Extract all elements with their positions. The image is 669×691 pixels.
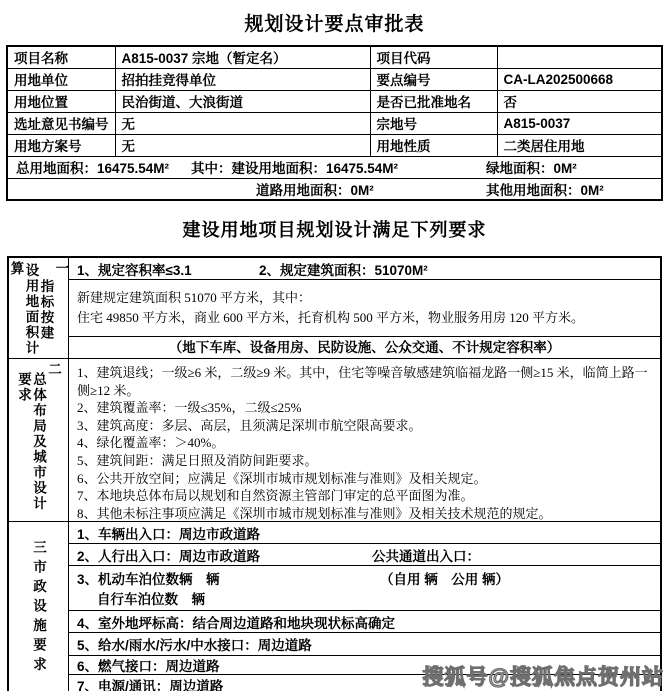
field-value: A815-0037 宗地（暂定名） [115, 46, 370, 68]
row-text: 6、燃气接口：周边道路 [77, 655, 220, 675]
requirement-item: 3、建筑高度：多层、高层，且须满足深圳市航空限高要求。 [77, 417, 654, 435]
field-label: 用地单位 [7, 68, 115, 90]
row-text: 1、车辆出入口：周边市政道路 [77, 523, 260, 543]
motor-parking-line: 3、机动车泊位数辆 辆 （自用 辆 公用 辆） [77, 570, 660, 590]
requirements-table: 一 指标按建 设用地面积计 算 1、规定容积率≤3.1 2、规定建筑面积：510… [7, 256, 662, 691]
row-text: 5、给水/雨水/污水/中水接口：周边道路 [77, 634, 312, 654]
field-label: 用地方案号 [7, 134, 115, 156]
bicycle-parking-line: 自行车泊位数 辆 [77, 590, 660, 610]
ground-elevation-row: 4、室外地坪标高：结合周边道路和地块现状标高确定 [69, 611, 660, 633]
exclusion-note: （地下车库、设备用房、民防设施、公众交通、不计规定容积率） [69, 336, 660, 358]
section1-header: 一 指标按建 设用地面积计 算 [9, 258, 69, 358]
total-land-area: 总用地面积：16475.54M² [16, 157, 169, 177]
field-value: 二类居住用地 [497, 134, 662, 156]
parking-breakdown: （自用 辆 公用 辆） [380, 570, 509, 590]
plot-ratio: 1、规定容积率≤3.1 [69, 259, 259, 279]
row-text: 7、电源/通讯：周边道路 [77, 675, 223, 691]
row-text: 3、机动车泊位数辆 辆 [77, 572, 220, 587]
other-land-area: 其他用地面积：0M² [486, 179, 604, 199]
section2-header: 二 总体布局及城市设计 要求 [9, 359, 69, 522]
public-passage-label: 公共通道出入口： [372, 545, 480, 565]
requirements-title: 建设用地项目规划设计满足下列要求 [0, 216, 669, 242]
field-value: A815-0037 [497, 112, 662, 134]
approval-form-page: 规划设计要点审批表 项目名称 A815-0037 宗地（暂定名） 项目代码 用地… [0, 0, 669, 691]
field-value: 民治街道、大浪街道 [115, 90, 370, 112]
section1-content: 1、规定容积率≤3.1 2、规定建筑面积：51070M² 新建规定建筑面积 51… [69, 258, 660, 358]
section2-header-col: 二 [46, 362, 61, 378]
area-row-1-cell: 总用地面积：16475.54M² 其中：建设用地面积：16475.54M² 绿地… [7, 156, 662, 178]
field-label: 宗地号 [370, 112, 497, 134]
table-row: 用地位置 民治街道、大浪街道 是否已批准地名 否 [7, 90, 662, 112]
field-label: 项目名称 [7, 46, 115, 68]
requirement-item: 8、其他未标注事项应满足《深圳市城市规划标准与准则》及相关技术规范的规定。 [77, 505, 654, 523]
section1-header-col: 算 [9, 261, 24, 277]
plot-ratio-row: 1、规定容积率≤3.1 2、规定建筑面积：51070M² [69, 258, 660, 280]
section1-header-col: 指标按建 [39, 279, 54, 341]
section2-content: 1、建筑退线；一级≥6 米，二级≥9 米。其中，住宅等噪音敏感建筑临福龙路一侧≥… [69, 359, 660, 522]
watermark: 搜狐号@搜狐焦点贺州站 [423, 661, 664, 691]
field-value: 招拍挂竞得单位 [115, 68, 370, 90]
requirement-item: 1、建筑退线；一级≥6 米，二级≥9 米。其中，住宅等噪音敏感建筑临福龙路一侧≥… [77, 364, 654, 399]
row-text: 4、室外地坪标高：结合周边道路和地块现状标高确定 [77, 612, 395, 632]
green-land-area: 绿地面积：0M² [486, 157, 577, 177]
building-area: 2、规定建筑面积：51070M² [259, 259, 428, 279]
section-layout-urban-design: 二 总体布局及城市设计 要求 1、建筑退线；一级≥6 米，二级≥9 米。其中，住… [9, 358, 660, 521]
section1-header-col: 一 [54, 261, 69, 277]
detail-line: 住宅 49850 平方米，商业 600 平方米，托育机构 500 平方米，物业服… [77, 308, 652, 328]
table-row: 项目名称 A815-0037 宗地（暂定名） 项目代码 [7, 46, 662, 68]
requirement-item: 2、建筑覆盖率：一级≤35%，二级≤25% [77, 399, 654, 417]
section2-header-col: 要求 [16, 372, 31, 403]
area-row-2-cell: 道路用地面积：0M² 其他用地面积：0M² [7, 178, 662, 200]
requirement-item: 5、建筑间距：满足日照及消防间距要求。 [77, 452, 654, 470]
field-value: 否 [497, 90, 662, 112]
field-value [497, 46, 662, 68]
road-land-area: 道路用地面积：0M² [256, 179, 374, 199]
construction-land-area: 其中：建设用地面积：16475.54M² [191, 157, 398, 177]
section3-header-col: 三市政设施要求 [31, 540, 46, 677]
requirement-item: 4、绿化覆盖率：＞40%。 [77, 434, 654, 452]
field-label: 是否已批准地名 [370, 90, 497, 112]
table-row: 选址意见书编号 无 宗地号 A815-0037 [7, 112, 662, 134]
table-row: 用地单位 招拍挂竞得单位 要点编号 CA-LA202500668 [7, 68, 662, 90]
project-info-table: 项目名称 A815-0037 宗地（暂定名） 项目代码 用地单位 招拍挂竞得单位… [6, 45, 663, 201]
field-label: 项目代码 [370, 46, 497, 68]
parking-row: 3、机动车泊位数辆 辆 （自用 辆 公用 辆） 自行车泊位数 辆 [69, 566, 660, 611]
water-connection-row: 5、给水/雨水/污水/中水接口：周边道路 [69, 633, 660, 656]
area-row-2: 道路用地面积：0M² 其他用地面积：0M² [7, 178, 662, 200]
section-indicators: 一 指标按建 设用地面积计 算 1、规定容积率≤3.1 2、规定建筑面积：510… [9, 258, 660, 358]
detail-line: 新建规定建筑面积 51070 平方米，其中： [77, 288, 652, 308]
field-value: 无 [115, 134, 370, 156]
row-text: 2、人行出入口：周边市政道路 [77, 545, 260, 565]
field-label: 要点编号 [370, 68, 497, 90]
field-value: CA-LA202500668 [497, 68, 662, 90]
vehicle-entrance-row: 1、车辆出入口：周边市政道路 [69, 522, 660, 544]
page-title: 规划设计要点审批表 [0, 0, 669, 36]
table-row: 用地方案号 无 用地性质 二类居住用地 [7, 134, 662, 156]
field-label: 用地位置 [7, 90, 115, 112]
requirement-item: 7、本地块总体布局以规划和自然资源主管部门审定的总平面图为准。 [77, 487, 654, 505]
field-label: 选址意见书编号 [7, 112, 115, 134]
requirement-item: 6、公共开放空间；应满足《深圳市城市规划标准与准则》及相关规定。 [77, 470, 654, 488]
building-area-detail: 新建规定建筑面积 51070 平方米，其中： 住宅 49850 平方米，商业 6… [69, 280, 660, 336]
section2-header-col: 总体布局及城市设计 [31, 372, 46, 512]
section3-header: 三市政设施要求 [9, 522, 69, 691]
section1-header-col: 设用地面积计 [24, 263, 39, 356]
field-label: 用地性质 [370, 134, 497, 156]
area-row-1: 总用地面积：16475.54M² 其中：建设用地面积：16475.54M² 绿地… [7, 156, 662, 178]
field-value: 无 [115, 112, 370, 134]
pedestrian-entrance-row: 2、人行出入口：周边市政道路 公共通道出入口： [69, 544, 660, 566]
